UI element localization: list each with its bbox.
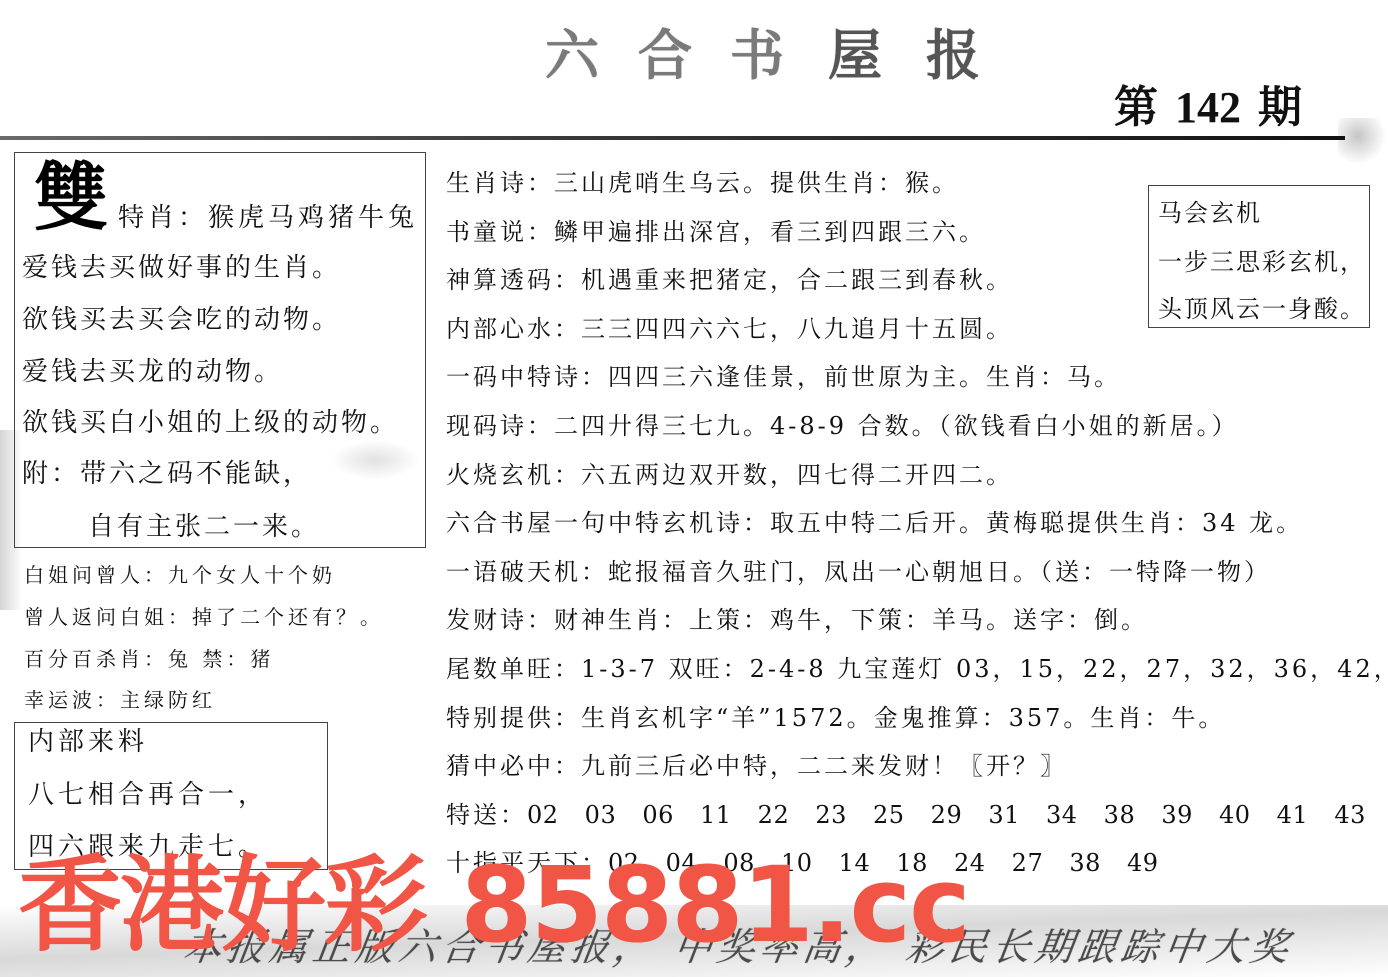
poem-line: 一码中特诗：四四三六逢佳景，前世原为主。生肖：马。: [446, 353, 1388, 402]
note-line: 白姐问曾人：九个女人十个奶: [24, 561, 336, 589]
line-label: 一码中特诗: [446, 363, 581, 391]
line-label: 发财诗: [446, 606, 527, 634]
poem-line: 发财诗：财神生肖：上策：鸡牛，下策：羊马。送字：倒。: [446, 596, 1388, 645]
poem-line: 生肖诗：三山虎哨生乌云。提供生肖：猴。: [446, 159, 1388, 208]
line-text: 三三四四六六七，八九追月十五圆。: [581, 315, 1013, 343]
note-line: 曾人返问白姐：掉了二个还有？。: [24, 603, 384, 631]
line-text: 九前三后必中特，二二来发财！〖开？〗: [581, 752, 1067, 780]
line-separator: ：: [581, 558, 608, 586]
line-separator: ：: [554, 266, 581, 294]
line-label: 特别提供: [446, 704, 554, 732]
poem-line: 特别提供：生肖玄机字“羊”1572。金鬼推算：357。生肖：牛。: [446, 694, 1388, 743]
line-separator: ：: [554, 704, 581, 732]
issue-number: 第 142 期: [1114, 80, 1302, 136]
poem-line: 一语破天机：蛇报福音久驻门，凤出一心朝旭日。（送：一特降一物）: [446, 548, 1388, 597]
line-text: 生肖玄机字“羊”1572。金鬼推算：357。生肖：牛。: [581, 704, 1225, 732]
line-text: 取五中特二后开。黄梅聪提供生肖：34 龙。: [770, 509, 1303, 537]
riddle-line: 欲钱买去买会吃的动物。: [22, 302, 341, 338]
masthead-title-char: 书: [730, 24, 784, 86]
line-separator: ：: [554, 655, 581, 683]
line-separator: ：: [527, 218, 554, 246]
line-separator: ：: [554, 752, 581, 780]
masthead-title-char: 屋: [828, 24, 882, 86]
line-text: 三山虎哨生乌云。提供生肖：猴。: [554, 169, 959, 197]
masthead-title-char: 六: [545, 24, 599, 86]
line-label: 神算透码: [446, 266, 554, 294]
line-text: 鳞甲遍排出深宫，看三到四跟三六。: [554, 218, 986, 246]
poem-line: 神算透码：机遇重来把猪定，合二跟三到春秋。: [446, 256, 1388, 305]
number-list-line: 特送：02 03 06 11 22 23 25 29 31 34 38 39 4…: [446, 791, 1388, 840]
line-separator: ：: [527, 606, 554, 634]
note-line: 幸运波：主绿防红: [24, 686, 216, 714]
poem-line: 内部心水：三三四四六六七，八九追月十五圆。: [446, 305, 1388, 354]
insider-tips-title: 内部来料: [28, 724, 148, 760]
scan-shadow: [1338, 118, 1388, 163]
poem-line: 尾数单旺：1-3-7 双旺：2-4-8 九宝莲灯 03，15，22，27，32，…: [446, 645, 1388, 694]
number-list: 02 03 06 11 22 23 25 29 31 34 38 39 40 4…: [527, 801, 1388, 829]
masthead-title-char: 报: [926, 24, 980, 86]
riddle-line: 附：带六之码不能缺，: [22, 456, 312, 492]
poem-line: 六合书屋一句中特玄机诗：取五中特二后开。黄梅聪提供生肖：34 龙。: [446, 499, 1388, 548]
line-label: 火烧玄机: [446, 461, 554, 489]
pair-glyph-badge: 雙: [34, 158, 108, 238]
header-divider: [0, 136, 1345, 140]
line-text: 二四廾得三七九。4-8-9 合数。（欲钱看白小姐的新居。）: [554, 412, 1239, 440]
riddle-line: 自有主张二一来。: [88, 509, 320, 545]
line-text: 机遇重来把猪定，合二跟三到春秋。: [581, 266, 1013, 294]
line-label: 猜中必中: [446, 752, 554, 780]
line-text: 四四三六逢佳景，前世原为主。生肖：马。: [608, 363, 1121, 391]
line-label: 内部心水: [446, 315, 554, 343]
line-label: 尾数单旺: [446, 655, 554, 683]
line-separator: ：: [527, 169, 554, 197]
line-separator: ：: [500, 801, 527, 829]
line-text: 六五两边双开数，四七得二开四二。: [581, 461, 1013, 489]
line-text: 蛇报福音久驻门，凤出一心朝旭日。（送：一特降一物）: [608, 558, 1271, 586]
poem-line: 书童说：鳞甲遍排出深宫，看三到四跟三六。: [446, 208, 1388, 257]
line-separator: ：: [743, 509, 770, 537]
line-separator: ：: [581, 363, 608, 391]
line-label: 现码诗: [446, 412, 527, 440]
main-content-column: 生肖诗：三山虎哨生乌云。提供生肖：猴。 书童说：鳞甲遍排出深宫，看三到四跟三六。…: [446, 159, 1388, 899]
riddle-line: 爱钱去买龙的动物。: [22, 354, 283, 390]
riddle-line: 欲钱买白小姐的上级的动物。: [22, 405, 399, 441]
line-separator: ：: [527, 412, 554, 440]
line-separator: ：: [554, 315, 581, 343]
special-zodiac-line: 特肖：猴虎马鸡猪牛兔: [118, 200, 418, 236]
poem-line: 猜中必中：九前三后必中特，二二来发财！〖开？〗: [446, 742, 1388, 791]
note-line: 百分百杀肖：兔 禁：猪: [24, 645, 274, 673]
line-label: 特送: [446, 801, 500, 829]
line-separator: ：: [554, 461, 581, 489]
line-label: 书童说: [446, 218, 527, 246]
masthead-title-char: 合: [638, 24, 692, 86]
poem-line: 现码诗：二四廾得三七九。4-8-9 合数。（欲钱看白小姐的新居。）: [446, 402, 1388, 451]
line-text: 财神生肖：上策：鸡牛，下策：羊马。送字：倒。: [554, 606, 1148, 634]
line-label: 生肖诗: [446, 169, 527, 197]
poem-line: 火烧玄机：六五两边双开数，四七得二开四二。: [446, 451, 1388, 500]
line-text: 1-3-7 双旺：2-4-8 九宝莲灯 03，15，22，27，32，36，42…: [581, 655, 1388, 683]
insider-tips-line: 八七相合再合一，: [28, 777, 268, 813]
line-label: 一语破天机: [446, 558, 581, 586]
riddle-line: 爱钱去买做好事的生肖。: [22, 250, 341, 286]
site-watermark: 香港好彩 85881.cc: [18, 846, 969, 964]
line-label: 六合书屋一句中特玄机诗: [446, 509, 743, 537]
